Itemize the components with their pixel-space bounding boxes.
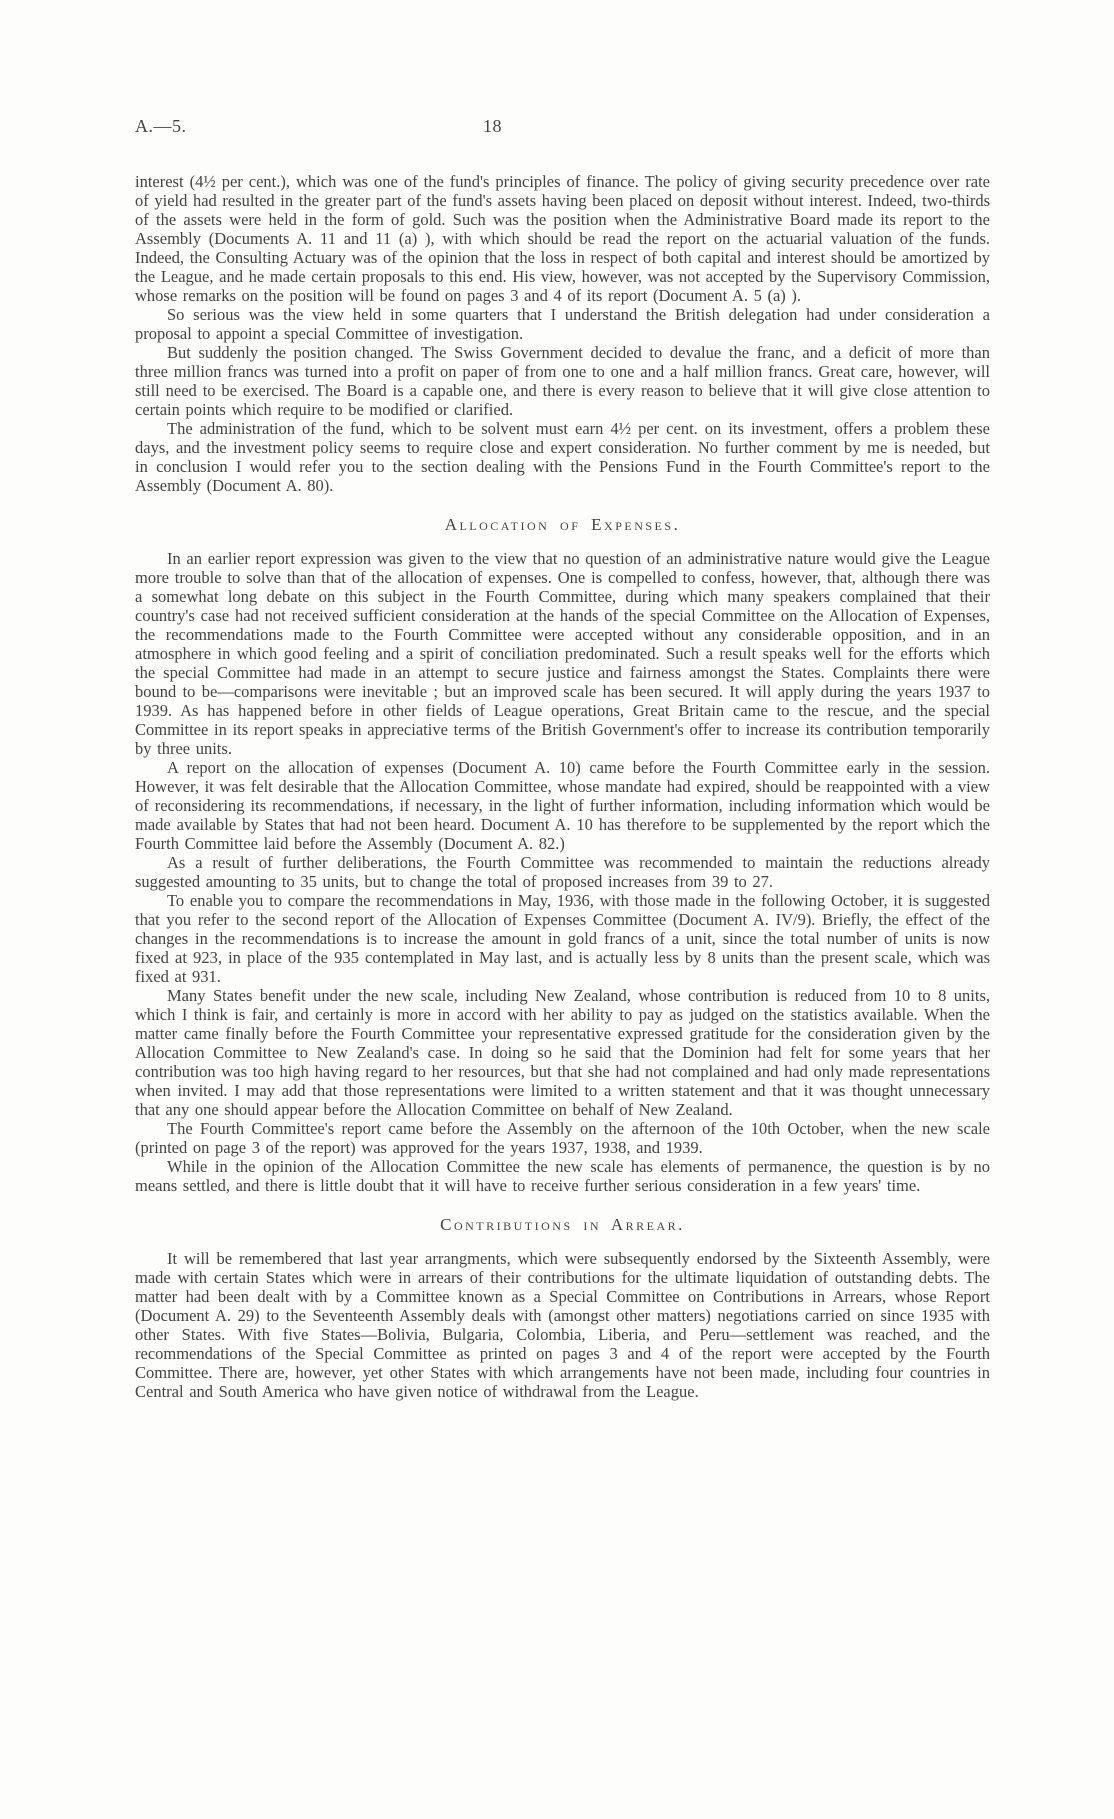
page-header: A.—5. 18 bbox=[135, 116, 990, 140]
paragraph: The administration of the fund, which to… bbox=[135, 419, 990, 495]
section-heading: Contributions in Arrear. bbox=[135, 1215, 990, 1235]
document-page: A.—5. 18 interest (4½ per cent.), which … bbox=[0, 0, 1114, 1819]
paragraph: So serious was the view held in some qua… bbox=[135, 305, 990, 343]
paragraph: In an earlier report expression was give… bbox=[135, 549, 990, 758]
paragraph: While in the opinion of the Allocation C… bbox=[135, 1157, 990, 1195]
paragraph: The Fourth Committee's report came befor… bbox=[135, 1119, 990, 1157]
paragraph: It will be remembered that last year arr… bbox=[135, 1249, 990, 1401]
paragraph: interest (4½ per cent.), which was one o… bbox=[135, 172, 990, 305]
paragraph: A report on the allocation of expenses (… bbox=[135, 758, 990, 853]
section-heading: Allocation of Expenses. bbox=[135, 515, 990, 535]
document-reference: A.—5. bbox=[135, 116, 187, 137]
paragraph: To enable you to compare the recommendat… bbox=[135, 891, 990, 986]
paragraph: But suddenly the position changed. The S… bbox=[135, 343, 990, 419]
paragraph: Many States benefit under the new scale,… bbox=[135, 986, 990, 1119]
page-number: 18 bbox=[483, 116, 502, 137]
document-body: interest (4½ per cent.), which was one o… bbox=[135, 172, 990, 1401]
paragraph: As a result of further deliberations, th… bbox=[135, 853, 990, 891]
